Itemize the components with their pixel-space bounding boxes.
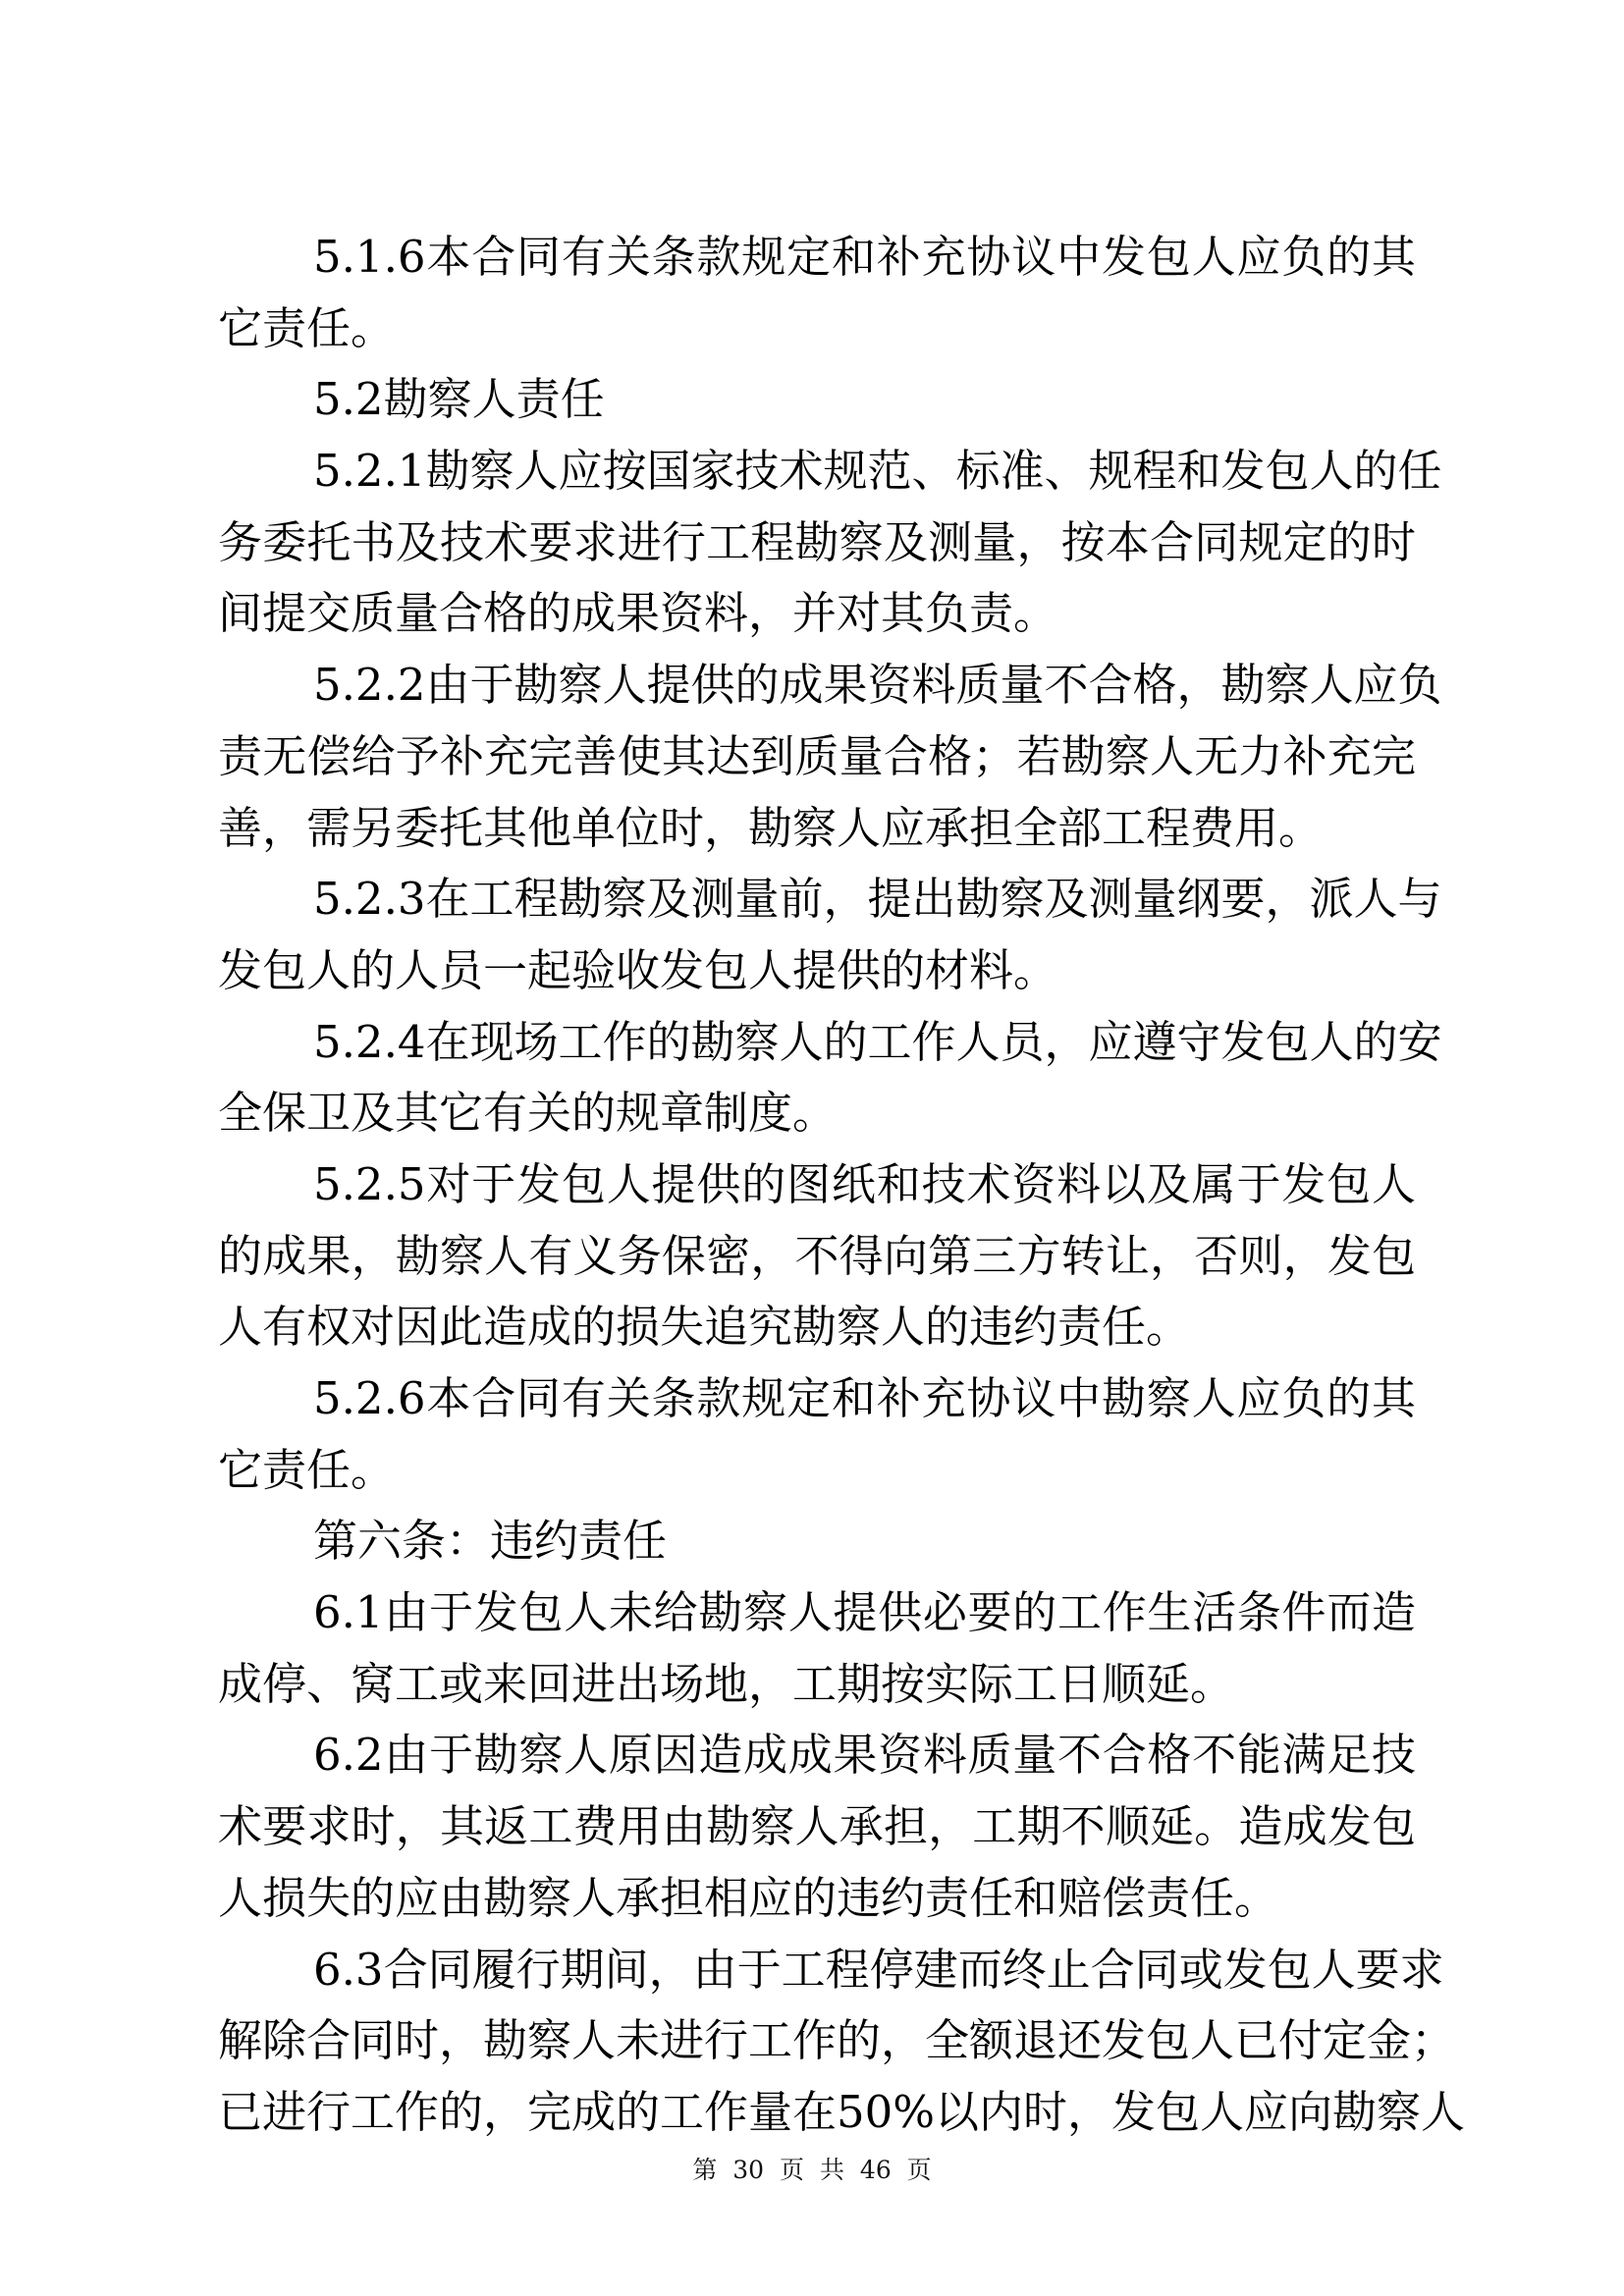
- section-5-2-heading: 5.2勘察人责任: [218, 370, 1416, 442]
- clause-6-1-line-2: 成停、窝工或来回进出场地，工期按实际工日顺延。: [218, 1655, 1416, 1727]
- clause-5-2-3-line-1: 5.2.3在工程勘察及测量前，提出勘察及测量纲要，派人与: [218, 870, 1416, 941]
- clause-5-2-3-line-2: 发包人的人员一起验收发包人提供的材料。: [218, 941, 1416, 1013]
- clause-5-1-6-line-1: 5.1.6本合同有关条款规定和补充协议中发包人应负的其: [218, 228, 1416, 299]
- clause-5-2-2-line-2: 责无偿给予补充完善使其达到质量合格；若勘察人无力补充完: [218, 727, 1416, 799]
- clause-5-2-2-line-3: 善，需另委托其他单位时，勘察人应承担全部工程费用。: [218, 799, 1416, 871]
- clause-6-3-line-1: 6.3合同履行期间，由于工程停建而终止合同或发包人要求: [218, 1941, 1416, 2012]
- clause-5-2-5-line-2: 的成果，勘察人有义务保密，不得向第三方转让，否则，发包: [218, 1227, 1416, 1299]
- clause-5-2-6-line-2: 它责任。: [218, 1441, 1416, 1513]
- clause-5-2-4-line-2: 全保卫及其它有关的规章制度。: [218, 1084, 1416, 1155]
- page-number-footer: 第 30 页 共 46 页: [0, 2156, 1624, 2185]
- article-6-heading: 第六条：违约责任: [218, 1512, 1416, 1583]
- document-page: 5.1.6本合同有关条款规定和补充协议中发包人应负的其 它责任。 5.2勘察人责…: [0, 0, 1624, 2296]
- clause-6-3-line-3: 已进行工作的，完成的工作量在50%以内时，发包人应向勘察人: [218, 2083, 1416, 2155]
- clause-5-2-6-line-1: 5.2.6本合同有关条款规定和补充协议中勘察人应负的其: [218, 1369, 1416, 1441]
- clause-5-2-5-line-3: 人有权对因此造成的损失追究勘察人的违约责任。: [218, 1298, 1416, 1369]
- clause-5-2-1-line-3: 间提交质量合格的成果资料，并对其负责。: [218, 584, 1416, 656]
- clause-6-3-line-2: 解除合同时，勘察人未进行工作的，全额退还发包人已付定金；: [218, 2011, 1416, 2083]
- clause-6-2-line-3: 人损失的应由勘察人承担相应的违约责任和赔偿责任。: [218, 1869, 1416, 1941]
- clause-5-1-6-line-2: 它责任。: [218, 299, 1416, 371]
- clause-6-2-line-1: 6.2由于勘察人原因造成成果资料质量不合格不能满足技: [218, 1726, 1416, 1797]
- document-body: 5.1.6本合同有关条款规定和补充协议中发包人应负的其 它责任。 5.2勘察人责…: [218, 228, 1416, 2155]
- clause-5-2-2-line-1: 5.2.2由于勘察人提供的成果资料质量不合格，勘察人应负: [218, 656, 1416, 727]
- clause-5-2-4-line-1: 5.2.4在现场工作的勘察人的工作人员，应遵守发包人的安: [218, 1013, 1416, 1085]
- clause-5-2-1-line-1: 5.2.1勘察人应按国家技术规范、标准、规程和发包人的任: [218, 442, 1416, 513]
- clause-5-2-5-line-1: 5.2.5对于发包人提供的图纸和技术资料以及属于发包人: [218, 1155, 1416, 1227]
- clause-6-2-line-2: 术要求时，其返工费用由勘察人承担，工期不顺延。造成发包: [218, 1797, 1416, 1869]
- clause-6-1-line-1: 6.1由于发包人未给勘察人提供必要的工作生活条件而造: [218, 1583, 1416, 1655]
- clause-5-2-1-line-2: 务委托书及技术要求进行工程勘察及测量，按本合同规定的时: [218, 513, 1416, 585]
